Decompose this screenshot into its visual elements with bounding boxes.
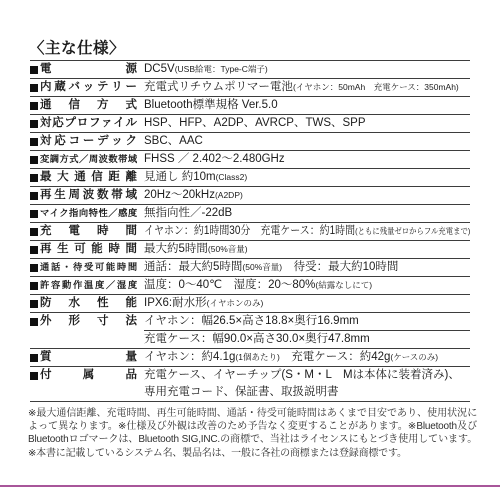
spec-value: 温度：0～40℃ 湿度：20～80%(結露なしにて) (144, 277, 470, 294)
spec-value-text: イヤホン：約1時間30分 充電ケース：約1時間 (144, 225, 355, 237)
spec-values: Bluetooth標準規格 Ver.5.0 (137, 97, 470, 114)
spec-values: イヤホン：幅26.5×高さ18.8×奥行16.9mm充電ケース：幅90.0×高さ… (137, 313, 470, 348)
spec-value: イヤホン：約1時間30分 充電ケース：約1時間(ともに残量ゼロからフル充電まで) (144, 223, 427, 240)
spec-value-text: HSP、HFP、A2DP、AVRCP、TWS、SPP (144, 117, 366, 129)
spec-table: 電源DC5V(USB給電：Type-C端子)内蔵バッテリー充電式リチウムポリマー… (30, 60, 470, 402)
spec-label: 対応プロファイル (40, 115, 137, 132)
spec-row: 再生可能時間最大約5時間(50%音量) (30, 241, 470, 259)
spec-row: 質量イヤホン：約4.1g(1個あたり) 充電ケース：約42g(ケースのみ) (30, 349, 470, 367)
spec-values: 通話：最大約5時間(50%音量) 待受：最大約10時間 (137, 259, 470, 276)
spec-values: FHSS ／ 2.402～2.480GHz (137, 151, 470, 168)
spec-value-text: DC5V (144, 63, 175, 75)
spec-value: 充電ケース、イヤーチップ(S・M・L Mは本体に装着済み)、 (144, 367, 470, 384)
spec-label: 変調方式／周波数帯域 (40, 151, 137, 168)
bullet-square-icon (30, 156, 38, 164)
spec-value-text: IPX6:耐水形 (144, 297, 207, 309)
spec-value-text: 待受：最大約10時間 (282, 261, 398, 273)
spec-values: 無指向性／-22dB (137, 205, 470, 222)
spec-label: 通信方式 (40, 97, 137, 114)
spec-label: マイク指向特性／感度 (40, 205, 137, 222)
spec-label: 通話・待受可能時間 (40, 259, 137, 276)
spec-value: イヤホン：約4.1g(1個あたり) 充電ケース：約42g(ケースのみ) (144, 349, 470, 366)
spec-value-note: (ケースのみ) (390, 352, 438, 362)
spec-value: 充電ケース：幅90.0×高さ30.0×奥行47.8mm (144, 331, 470, 348)
spec-values: イヤホン：約1時間30分 充電ケース：約1時間(ともに残量ゼロからフル充電まで) (137, 223, 470, 240)
spec-value-text: 最大約5時間 (144, 243, 208, 255)
bullet-square-icon (30, 174, 38, 182)
bullet-square-icon (30, 318, 38, 326)
spec-value-text: SBC、AAC (144, 135, 203, 147)
spec-values: IPX6:耐水形(イヤホンのみ) (137, 295, 470, 312)
spec-label: 対応コーデック (40, 133, 137, 150)
spec-values: 最大約5時間(50%音量) (137, 241, 470, 258)
spec-row: 許容動作温度／湿度温度：0～40℃ 湿度：20～80%(結露なしにて) (30, 277, 470, 295)
spec-label: 付属品 (40, 367, 137, 401)
spec-row: 変調方式／周波数帯域FHSS ／ 2.402～2.480GHz (30, 151, 470, 169)
spec-value-text: 20Hz～20kHz (144, 189, 215, 201)
spec-value-note: (イヤホン：50mAh 充電ケース：350mAh) (293, 82, 459, 92)
bullet-square-icon (30, 354, 38, 362)
spec-row: 充電時間イヤホン：約1時間30分 充電ケース：約1時間(ともに残量ゼロからフル充… (30, 223, 470, 241)
spec-value: HSP、HFP、A2DP、AVRCP、TWS、SPP (144, 115, 470, 132)
bullet-square-icon (30, 84, 38, 92)
spec-value-note: (ともに残量ゼロからフル充電まで) (355, 226, 470, 236)
spec-value-text: 温度：0～40℃ 湿度：20～80% (144, 279, 315, 291)
spec-value: DC5V(USB給電：Type-C端子) (144, 61, 470, 78)
spec-value: 通話：最大約5時間(50%音量) 待受：最大約10時間 (144, 259, 470, 276)
spec-value: 無指向性／-22dB (144, 205, 470, 222)
spec-value-text: 充電ケース：幅90.0×高さ30.0×奥行47.8mm (144, 333, 370, 345)
bullet-square-icon (30, 282, 38, 290)
spec-row: 対応コーデックSBC、AAC (30, 133, 470, 151)
spec-value: 20Hz～20kHz(A2DP) (144, 187, 470, 204)
spec-values: 見通し 約10m(Class2) (137, 169, 470, 186)
spec-values: SBC、AAC (137, 133, 470, 150)
spec-value-note: (50%音量) (208, 244, 248, 254)
spec-values: 20Hz～20kHz(A2DP) (137, 187, 470, 204)
spec-label: 質量 (40, 349, 137, 366)
spec-value-text: 充電ケース、イヤーチップ(S・M・L Mは本体に装着済み)、 (144, 369, 460, 381)
bullet-square-icon (30, 300, 38, 308)
spec-value-text: イヤホン：幅26.5×高さ18.8×奥行16.9mm (144, 315, 359, 327)
spec-value-text: 通話：最大約5時間 (144, 261, 242, 273)
spec-values: DC5V(USB給電：Type-C端子) (137, 61, 470, 78)
spec-row: 通話・待受可能時間通話：最大約5時間(50%音量) 待受：最大約10時間 (30, 259, 470, 277)
spec-row: 電源DC5V(USB給電：Type-C端子) (30, 61, 470, 79)
spec-label: 防水性能 (40, 295, 137, 312)
spec-value-text: Bluetooth標準規格 Ver.5.0 (144, 99, 278, 111)
spec-value: 最大約5時間(50%音量) (144, 241, 470, 258)
spec-row: 防水性能IPX6:耐水形(イヤホンのみ) (30, 295, 470, 313)
spec-values: 温度：0～40℃ 湿度：20～80%(結露なしにて) (137, 277, 470, 294)
spec-value: IPX6:耐水形(イヤホンのみ) (144, 295, 470, 312)
spec-value: イヤホン：幅26.5×高さ18.8×奥行16.9mm (144, 313, 470, 331)
spec-value-text: 専用充電コード、保証書、取扱説明書 (144, 386, 338, 398)
spec-values: HSP、HFP、A2DP、AVRCP、TWS、SPP (137, 115, 470, 132)
spec-label: 再生可能時間 (40, 241, 137, 258)
spec-values: 充電式リチウムポリマー電池(イヤホン：50mAh 充電ケース：350mAh) (137, 79, 470, 96)
spec-value-text: イヤホン：約4.1g (144, 351, 235, 363)
spec-label: 再生周波数帯域 (40, 187, 137, 204)
bullet-square-icon (30, 372, 38, 380)
spec-row: 外形寸法イヤホン：幅26.5×高さ18.8×奥行16.9mm充電ケース：幅90.… (30, 313, 470, 349)
spec-values: イヤホン：約4.1g(1個あたり) 充電ケース：約42g(ケースのみ) (137, 349, 470, 366)
footnotes: ※最大通信距離、充電時間、再生可能時間、通話・待受可能時間はあくまで目安であり、… (28, 407, 477, 460)
spec-value: SBC、AAC (144, 133, 470, 150)
spec-label: 電源 (40, 61, 137, 78)
spec-value-text: FHSS ／ 2.402～2.480GHz (144, 153, 285, 165)
spec-value: Bluetooth標準規格 Ver.5.0 (144, 97, 470, 114)
spec-value-text: 見通し 約10m (144, 171, 216, 183)
spec-value-text: 充電式リチウムポリマー電池 (144, 81, 293, 93)
spec-value: 見通し 約10m(Class2) (144, 169, 470, 186)
spec-label: 充電時間 (40, 223, 137, 240)
spec-values: 充電ケース、イヤーチップ(S・M・L Mは本体に装着済み)、専用充電コード、保証… (137, 367, 470, 401)
bullet-square-icon (30, 264, 38, 272)
bullet-square-icon (30, 192, 38, 200)
bullet-square-icon (30, 102, 38, 110)
bullet-square-icon (30, 138, 38, 146)
spec-sheet-page: 〈主な仕様〉 電源DC5V(USB給電：Type-C端子)内蔵バッテリー充電式リ… (0, 0, 500, 500)
spec-value-note: (1個あたり) (235, 352, 279, 362)
spec-row: 対応プロファイルHSP、HFP、A2DP、AVRCP、TWS、SPP (30, 115, 470, 133)
spec-value: FHSS ／ 2.402～2.480GHz (144, 151, 470, 168)
spec-row: 付属品充電ケース、イヤーチップ(S・M・L Mは本体に装着済み)、専用充電コード… (30, 367, 470, 402)
spec-row: マイク指向特性／感度無指向性／-22dB (30, 205, 470, 223)
spec-label: 最大通信距離 (40, 169, 137, 186)
spec-row: 再生周波数帯域20Hz～20kHz(A2DP) (30, 187, 470, 205)
spec-row: 通信方式Bluetooth標準規格 Ver.5.0 (30, 97, 470, 115)
bullet-square-icon (30, 210, 38, 218)
spec-row: 内蔵バッテリー充電式リチウムポリマー電池(イヤホン：50mAh 充電ケース：35… (30, 79, 470, 97)
bottom-accent-line (0, 485, 500, 487)
spec-label: 外形寸法 (40, 313, 137, 348)
spec-value-note: (イヤホンのみ) (207, 298, 264, 308)
spec-value: 充電式リチウムポリマー電池(イヤホン：50mAh 充電ケース：350mAh) (144, 79, 470, 96)
spec-value-text: 充電ケース：約42g (280, 351, 391, 363)
spec-label: 許容動作温度／湿度 (40, 277, 137, 294)
spec-value-note: (50%音量) (242, 262, 282, 272)
spec-value-note: (USB給電：Type-C端子) (175, 64, 268, 74)
spec-value-text: 無指向性／-22dB (144, 207, 232, 219)
bullet-square-icon (30, 228, 38, 236)
page-title: 〈主な仕様〉 (29, 36, 125, 58)
spec-value-note: (Class2) (216, 172, 248, 182)
spec-value-note: (A2DP) (215, 190, 243, 200)
bullet-square-icon (30, 120, 38, 128)
spec-value: 専用充電コード、保証書、取扱説明書 (144, 384, 470, 401)
bullet-square-icon (30, 66, 38, 74)
spec-label: 内蔵バッテリー (40, 79, 137, 96)
spec-value-note: (結露なしにて) (315, 280, 372, 290)
spec-row: 最大通信距離見通し 約10m(Class2) (30, 169, 470, 187)
bullet-square-icon (30, 246, 38, 254)
